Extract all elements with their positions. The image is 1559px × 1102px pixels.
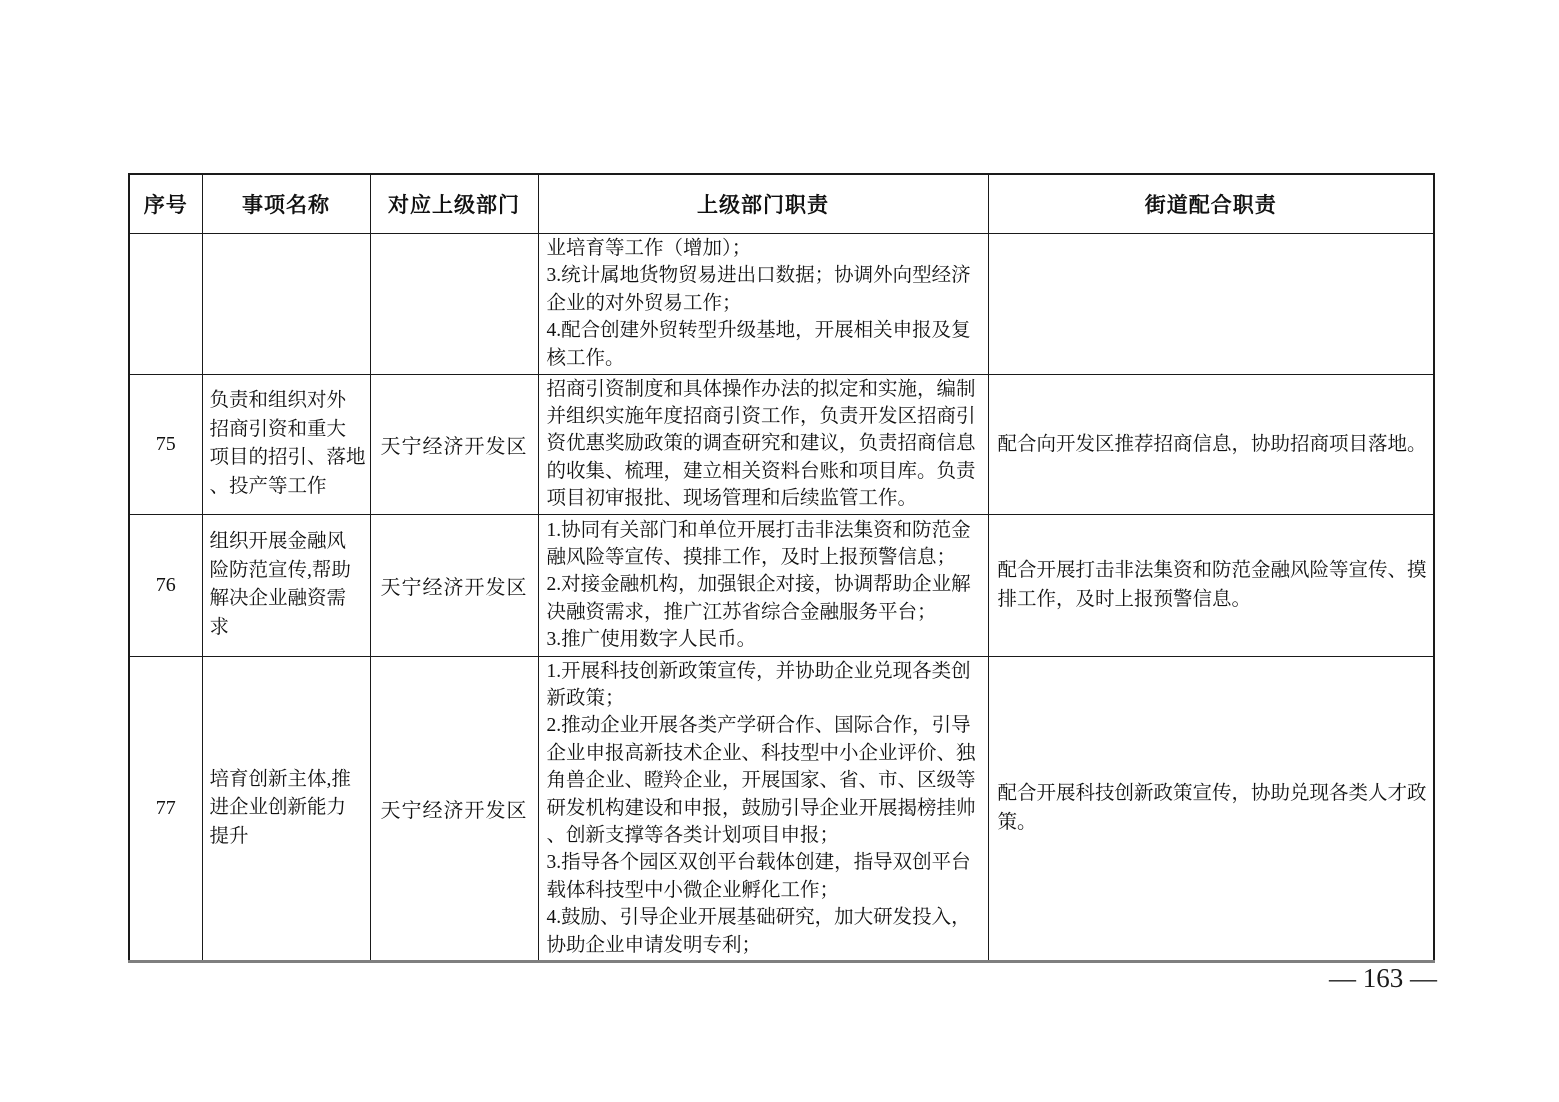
table-row: 76 组织开展金融风 险防范宣传,帮助 解决企业融资需 求 天宁经济开发区 1.… <box>129 514 1434 656</box>
cell-superior-duties: 招商引资制度和具体操作办法的拟定和实施，编制 并组织实施年度招商引资工作，负责开… <box>538 374 988 514</box>
cell-serial-number <box>129 233 202 374</box>
cell-item-name: 负责和组织对外 招商引资和重大 项目的招引、落地 、投产等工作 <box>202 374 370 514</box>
table-row: 75 负责和组织对外 招商引资和重大 项目的招引、落地 、投产等工作 天宁经济开… <box>129 374 1434 514</box>
cell-superior-duties: 1.开展科技创新政策宣传，并协助企业兑现各类创 新政策； 2.推动企业开展各类产… <box>538 656 988 961</box>
cell-superior-department: 天宁经济开发区 <box>370 656 538 961</box>
cell-item-name: 培育创新主体,推 进企业创新能力 提升 <box>202 656 370 961</box>
page-number: — 163 — <box>1318 963 1448 994</box>
cell-serial-number: 77 <box>129 656 202 961</box>
header-item-name: 事项名称 <box>202 174 370 233</box>
cell-street-duties: 配合向开发区推荐招商信息，协助招商项目落地。 <box>988 374 1434 514</box>
header-street-duties: 街道配合职责 <box>988 174 1434 233</box>
cell-street-duties <box>988 233 1434 374</box>
table-row: 业培育等工作（增加）； 3.统计属地货物贸易进出口数据；协调外向型经济 企业的对… <box>129 233 1434 374</box>
cell-serial-number: 76 <box>129 514 202 656</box>
cell-item-name: 组织开展金融风 险防范宣传,帮助 解决企业融资需 求 <box>202 514 370 656</box>
header-superior-department: 对应上级部门 <box>370 174 538 233</box>
cell-street-duties: 配合开展打击非法集资和防范金融风险等宣传、摸 排工作，及时上报预警信息。 <box>988 514 1434 656</box>
cell-item-name <box>202 233 370 374</box>
cell-serial-number: 75 <box>129 374 202 514</box>
table-header-row: 序号 事项名称 对应上级部门 上级部门职责 街道配合职责 <box>129 174 1434 233</box>
cell-superior-duties: 1.协同有关部门和单位开展打击非法集资和防范金 融风险等宣传、摸排工作，及时上报… <box>538 514 988 656</box>
cell-street-duties: 配合开展科技创新政策宣传，协助兑现各类人才政 策。 <box>988 656 1434 961</box>
responsibility-table: 序号 事项名称 对应上级部门 上级部门职责 街道配合职责 业培育等工作（增加）；… <box>128 173 1435 963</box>
cell-superior-department <box>370 233 538 374</box>
header-superior-duties: 上级部门职责 <box>538 174 988 233</box>
cell-superior-department: 天宁经济开发区 <box>370 514 538 656</box>
document-page: 序号 事项名称 对应上级部门 上级部门职责 街道配合职责 业培育等工作（增加）；… <box>0 0 1559 1102</box>
table-row: 77 培育创新主体,推 进企业创新能力 提升 天宁经济开发区 1.开展科技创新政… <box>129 656 1434 961</box>
header-serial-number: 序号 <box>129 174 202 233</box>
cell-superior-department: 天宁经济开发区 <box>370 374 538 514</box>
cell-superior-duties: 业培育等工作（增加）； 3.统计属地货物贸易进出口数据；协调外向型经济 企业的对… <box>538 233 988 374</box>
